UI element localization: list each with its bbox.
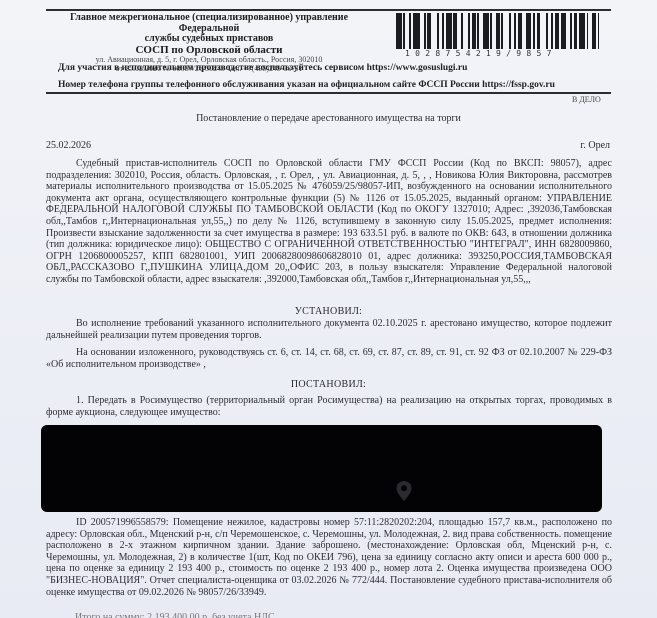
barcode-digits: 1028754219/9857 xyxy=(405,49,605,58)
redaction-box xyxy=(41,425,602,512)
property-paragraph: ID 200571996558579: Помещение нежилое, к… xyxy=(46,517,612,598)
document-title: Постановление о передаче арестованного и… xyxy=(0,113,657,124)
resolved-item-1: 1. Передать в Росимущество (территориаль… xyxy=(46,395,612,418)
issuer-org-line2: службы судебных приставов xyxy=(44,34,374,45)
section-resolved: ПОСТАНОВИЛ: xyxy=(0,379,657,390)
document-city: г. Орел xyxy=(580,140,610,151)
intro-text: Судебный пристав-исполнитель СОСП по Орл… xyxy=(46,158,612,286)
intro-paragraph: Судебный пристав-исполнитель СОСП по Орл… xyxy=(46,158,612,286)
basis-paragraph: На основании изложенного, руководствуясь… xyxy=(46,347,612,370)
document-date: 25.02.2026 xyxy=(46,140,91,151)
property-text: ID 200571996558579: Помещение нежилое, к… xyxy=(46,517,612,598)
established-text: Во исполнение требований указанного испо… xyxy=(46,318,612,341)
gosuslugi-notice: Для участия в исполнительном производств… xyxy=(58,63,467,73)
basis-text: На основании изложенного, руководствуясь… xyxy=(46,347,612,370)
established-paragraph: Во исполнение требований указанного испо… xyxy=(46,318,612,341)
barcode xyxy=(396,13,606,49)
section-established: УСТАНОВИЛ: xyxy=(0,306,657,317)
issuer-org-line1: Главное межрегиональное (специализирован… xyxy=(44,13,374,34)
document-page: Главное межрегиональное (специализирован… xyxy=(0,0,657,618)
issuer-unit: СОСП по Орловской области xyxy=(44,45,374,56)
location-pin-icon xyxy=(395,480,413,502)
cut-off-line: Итого на сумму: 2 193 400.00 р. без учет… xyxy=(75,613,375,618)
resolved-item-1-text: 1. Передать в Росимущество (территориаль… xyxy=(46,395,612,418)
phone-notice: Номер телефона группы телефонного обслуж… xyxy=(58,80,555,90)
header-bottom-rule xyxy=(46,92,611,94)
filing-stamp: В ДЕЛО xyxy=(572,95,601,104)
header-top-rule xyxy=(46,9,611,11)
